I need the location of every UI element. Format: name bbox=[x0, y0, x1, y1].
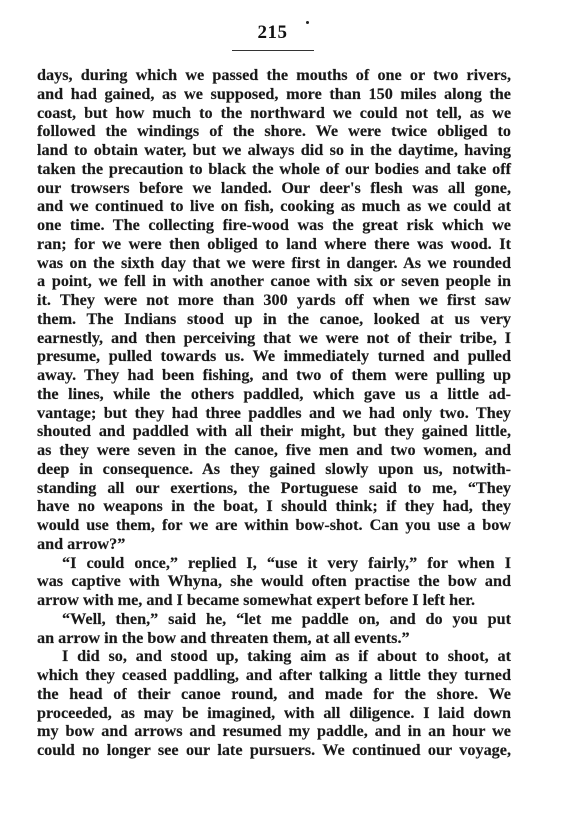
text-line: which they ceased paddling, and after ta… bbox=[37, 666, 511, 685]
text-line: “I could once,” replied I, “use it very … bbox=[37, 554, 511, 573]
text-line: and arrow?” bbox=[37, 535, 511, 554]
text-line: followed the windings of the shore. We w… bbox=[37, 122, 511, 141]
text-line: away. They had been fishing, and two of … bbox=[37, 366, 511, 385]
text-line: have no weapons in the boat, I should th… bbox=[37, 497, 511, 516]
text-line: and had gained, as we supposed, more tha… bbox=[37, 85, 511, 104]
page-body-text: days, during which we passed the mouths … bbox=[37, 66, 511, 760]
text-line: my bow and arrows and resumed my paddle,… bbox=[37, 722, 511, 741]
text-line: was captive with Whyna, she would often … bbox=[37, 572, 511, 591]
text-line: the lines, while the others paddled, whi… bbox=[37, 385, 511, 404]
text-line: a point, we fell in with another canoe w… bbox=[37, 272, 511, 291]
text-line: taken the precaution to black the whole … bbox=[37, 160, 511, 179]
text-line: an arrow in the bow and threaten them, a… bbox=[37, 629, 511, 648]
text-line: coast, but how much to the northward we … bbox=[37, 104, 511, 123]
text-line: them. The Indians stood up in the canoe,… bbox=[37, 310, 511, 329]
text-line: proceeded, as may be imagined, with all … bbox=[37, 704, 511, 723]
header-rule bbox=[232, 50, 314, 51]
text-line: would use them, for we are within bow-sh… bbox=[37, 516, 511, 535]
text-line: I did so, and stood up, taking aim as if… bbox=[37, 647, 511, 666]
text-line: one time. The collecting fire-wood was t… bbox=[37, 216, 511, 235]
text-line: earnestly, and then perceiving that we w… bbox=[37, 329, 511, 348]
text-line: standing all our exertions, the Portugue… bbox=[37, 479, 511, 498]
text-line: deep in consequence. As they gained slow… bbox=[37, 460, 511, 479]
text-line: and we continued to live on fish, cookin… bbox=[37, 197, 511, 216]
text-line: presume, pulled towards us. We immediate… bbox=[37, 347, 511, 366]
text-line: ran; for we were then obliged to land wh… bbox=[37, 235, 511, 254]
text-line: “Well, then,” said he, “let me paddle on… bbox=[37, 610, 511, 629]
page-number: 215 bbox=[0, 22, 545, 44]
text-line: land to obtain water, but we always did … bbox=[37, 141, 511, 160]
print-speck bbox=[306, 21, 309, 24]
text-line: arrow with me, and I became somewhat exp… bbox=[37, 591, 511, 610]
text-line: could no longer see our late pursuers. W… bbox=[37, 741, 511, 760]
text-line: the head of their canoe round, and made … bbox=[37, 685, 511, 704]
text-line: our trowsers before we landed. Our deer'… bbox=[37, 179, 511, 198]
text-line: was on the sixth day that we were first … bbox=[37, 254, 511, 273]
text-line: days, during which we passed the mouths … bbox=[37, 66, 511, 85]
text-line: it. They were not more than 300 yards of… bbox=[37, 291, 511, 310]
text-line: vantage; but they had three paddles and … bbox=[37, 404, 511, 423]
text-line: shouted and paddled with all their might… bbox=[37, 422, 511, 441]
text-line: as they were seven in the canoe, five me… bbox=[37, 441, 511, 460]
book-page: 215 days, during which we passed the mou… bbox=[0, 0, 575, 831]
